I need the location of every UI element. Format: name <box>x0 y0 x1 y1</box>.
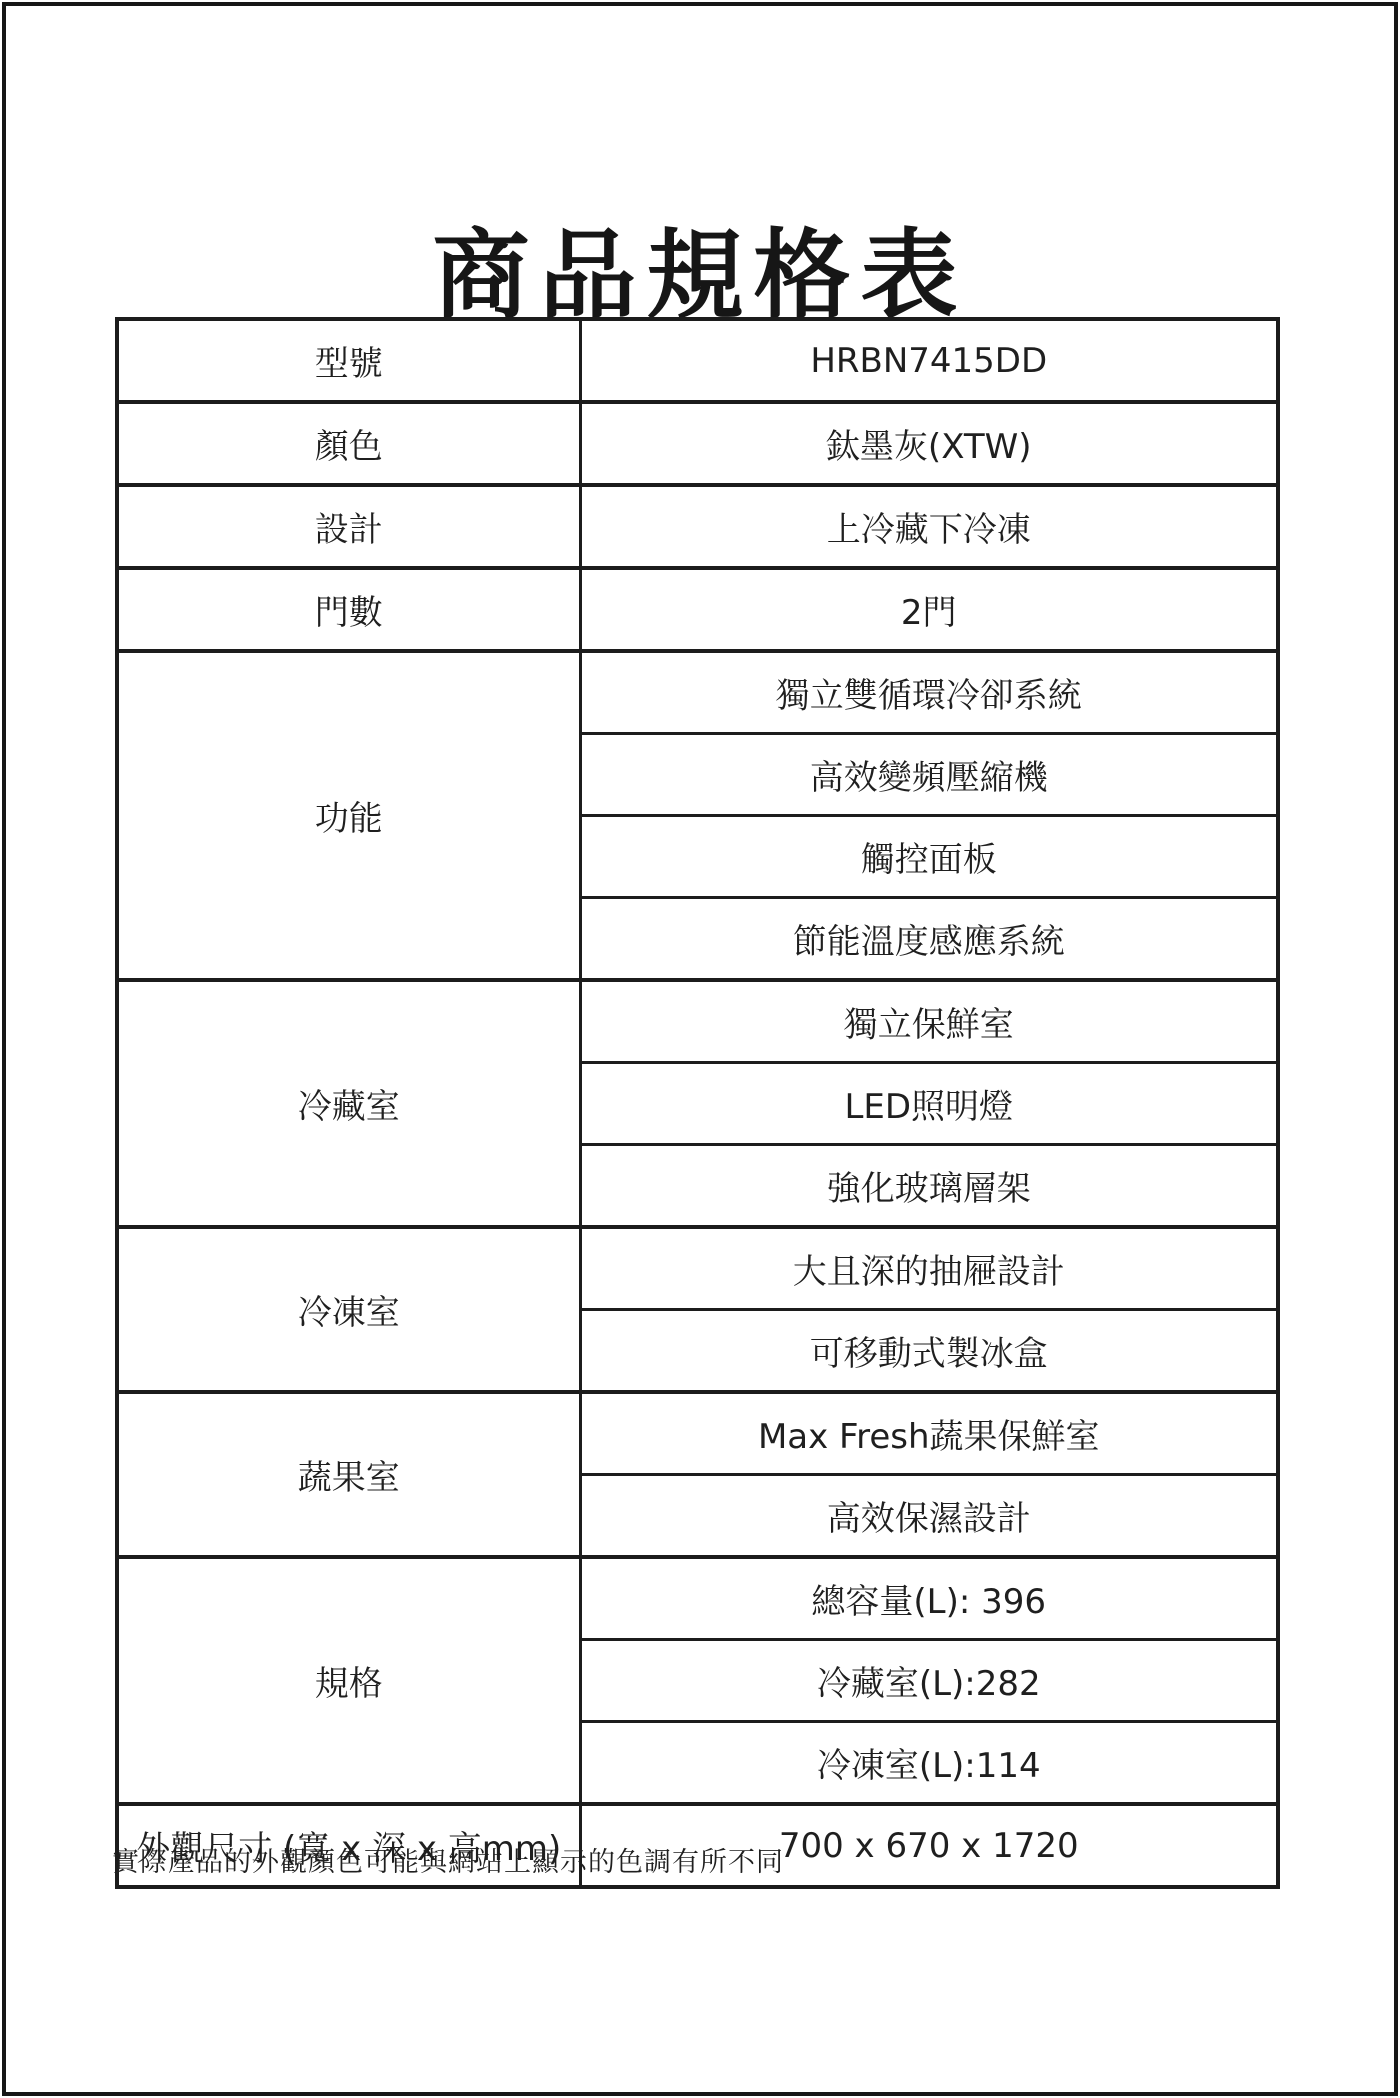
table-row: 蔬果室 Max Fresh蔬果保鮮室 <box>117 1392 1278 1475</box>
spec-label-cell: 門數 <box>117 568 580 651</box>
spec-value-cell: 冷藏室(L):282 <box>580 1640 1278 1722</box>
spec-value-cell: 總容量(L): 396 <box>580 1557 1278 1640</box>
spec-label-cell: 冷藏室 <box>117 980 580 1227</box>
spec-value-cell: 觸控面板 <box>580 816 1278 898</box>
spec-value-cell: 上冷藏下冷凍 <box>580 485 1278 568</box>
spec-value-cell: Max Fresh蔬果保鮮室 <box>580 1392 1278 1475</box>
page-title: 商品規格表 <box>0 223 1400 330</box>
spec-label-cell: 型號 <box>117 319 580 402</box>
spec-value-cell: HRBN7415DD <box>580 319 1278 402</box>
spec-value-cell: 2門 <box>580 568 1278 651</box>
spec-value-cell: 獨立雙循環冷卻系統 <box>580 651 1278 734</box>
spec-value-cell: 強化玻璃層架 <box>580 1145 1278 1228</box>
spec-label-cell: 冷凍室 <box>117 1227 580 1392</box>
spec-value-cell: 獨立保鮮室 <box>580 980 1278 1063</box>
spec-value-cell: 高效保濕設計 <box>580 1475 1278 1558</box>
table-row: 設計 上冷藏下冷凍 <box>117 485 1278 568</box>
table-row: 冷藏室 獨立保鮮室 <box>117 980 1278 1063</box>
table-row: 顏色 鈦墨灰(XTW) <box>117 402 1278 485</box>
spec-label-cell: 蔬果室 <box>117 1392 580 1557</box>
spec-value-cell: 大且深的抽屜設計 <box>580 1227 1278 1310</box>
table-row: 規格 總容量(L): 396 <box>117 1557 1278 1640</box>
table-row: 冷凍室 大且深的抽屜設計 <box>117 1227 1278 1310</box>
spec-value-cell: 高效變頻壓縮機 <box>580 734 1278 816</box>
spec-label-cell: 功能 <box>117 651 580 980</box>
spec-value-cell: 冷凍室(L):114 <box>580 1722 1278 1805</box>
spec-value-cell: LED照明燈 <box>580 1063 1278 1145</box>
table-row: 門數 2門 <box>117 568 1278 651</box>
table-row: 型號 HRBN7415DD <box>117 319 1278 402</box>
spec-value-cell: 節能溫度感應系統 <box>580 898 1278 981</box>
product-spec-table: 型號 HRBN7415DD 顏色 鈦墨灰(XTW) 設計 上冷藏下冷凍 門數 2… <box>115 317 1280 1889</box>
spec-label-cell: 顏色 <box>117 402 580 485</box>
color-disclaimer-note: 實際產品的外觀顏色可能與網站上顯示的色調有所不同 <box>112 1840 784 1879</box>
spec-label-cell: 規格 <box>117 1557 580 1804</box>
spec-value-cell: 鈦墨灰(XTW) <box>580 402 1278 485</box>
spec-label-cell: 設計 <box>117 485 580 568</box>
table-row: 功能 獨立雙循環冷卻系統 <box>117 651 1278 734</box>
spec-sheet-page: 商品規格表 型號 HRBN7415DD 顏色 鈦墨灰(XTW) 設計 上冷藏下冷… <box>0 0 1400 2098</box>
spec-value-cell: 可移動式製冰盒 <box>580 1310 1278 1393</box>
